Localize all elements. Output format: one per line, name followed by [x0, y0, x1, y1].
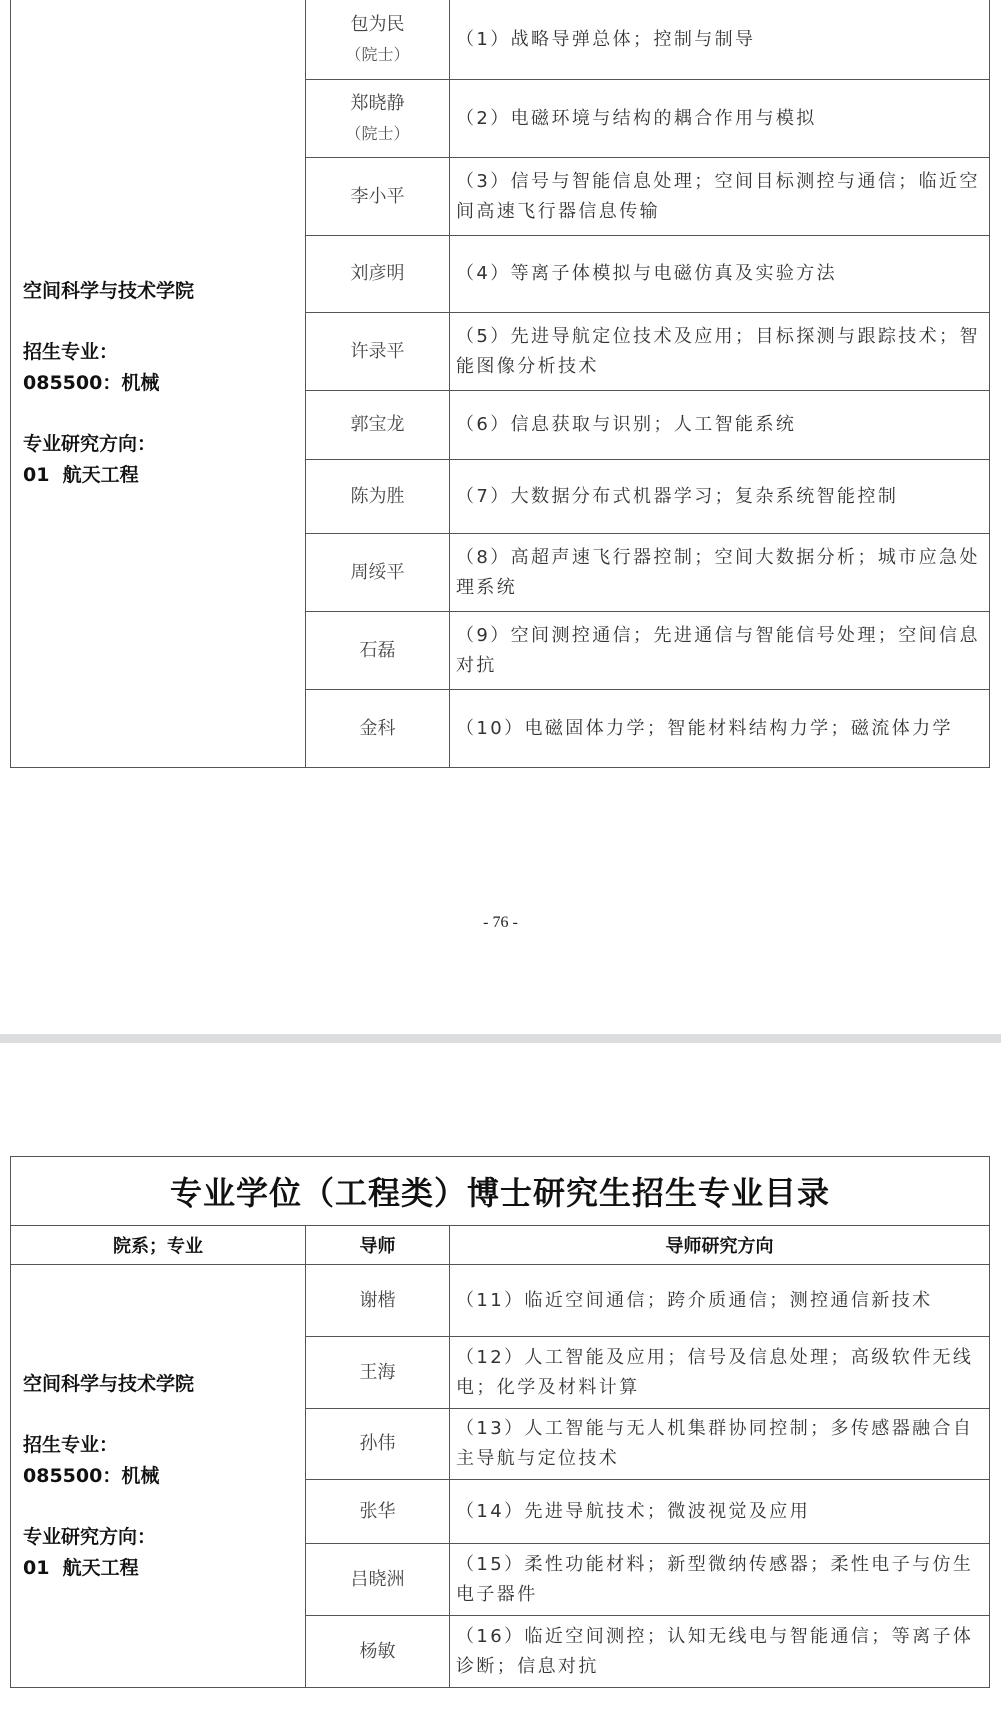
research-direction-cell: （14）先进导航技术；微波视觉及应用	[450, 1480, 990, 1544]
research-direction-cell: （8）高超声速飞行器控制；空间大数据分析；城市应急处理系统	[450, 534, 990, 612]
tutor-cell: 郑晓静 （院士）	[306, 80, 450, 158]
research-direction-cell: （13）人工智能与无人机集群协同控制；多传感器融合自主导航与定位技术	[450, 1409, 990, 1480]
tutor-title: （院士）	[306, 119, 449, 149]
table-row: 空间科学与技术学院 招生专业： 085500：机械 专业研究方向： 01 航天工…	[11, 0, 990, 80]
department-cell: 空间科学与技术学院 招生专业： 085500：机械 专业研究方向： 01 航天工…	[11, 0, 306, 768]
catalog-table-page-77: 专业学位（工程类）博士研究生招生专业目录 院系；专业 导师 导师研究方向 空间科…	[10, 1156, 990, 1688]
research-direction-cell: （12）人工智能及应用；信号及信息处理；高级软件无线电；化学及材料计算	[450, 1337, 990, 1409]
research-direction-cell: （16）临近空间测控；认知无线电与智能通信；等离子体诊断；信息对抗	[450, 1616, 990, 1688]
document-page-76: 空间科学与技术学院 招生专业： 085500：机械 专业研究方向： 01 航天工…	[0, 0, 1001, 1034]
tutor-cell: 许录平	[306, 313, 450, 391]
tutor-cell: 包为民 （院士）	[306, 0, 450, 80]
research-direction-value: 01 航天工程	[23, 460, 305, 491]
tutor-cell: 杨敏	[306, 1616, 450, 1688]
research-direction-cell: （3）信号与智能信息处理；空间目标测控与通信；临近空间高速飞行器信息传输	[450, 158, 990, 236]
research-direction-cell: （2）电磁环境与结构的耦合作用与模拟	[450, 80, 990, 158]
column-header-department: 院系；专业	[11, 1226, 306, 1265]
tutor-cell: 陈为胜	[306, 460, 450, 534]
major-label: 招生专业：	[23, 337, 305, 368]
tutor-cell: 吕晓洲	[306, 1544, 450, 1616]
tutor-cell: 周绥平	[306, 534, 450, 612]
column-header-direction: 导师研究方向	[450, 1226, 990, 1265]
page-number: - 76 -	[0, 914, 1001, 932]
department-name: 空间科学与技术学院	[23, 1369, 305, 1400]
document-page-77: 专业学位（工程类）博士研究生招生专业目录 院系；专业 导师 导师研究方向 空间科…	[0, 1043, 1001, 1732]
column-header-tutor: 导师	[306, 1226, 450, 1265]
tutor-cell: 张华	[306, 1480, 450, 1544]
research-direction-value: 01 航天工程	[23, 1553, 305, 1584]
research-direction-cell: （1）战略导弹总体；控制与制导	[450, 0, 990, 80]
department-cell: 空间科学与技术学院 招生专业： 085500：机械 专业研究方向： 01 航天工…	[11, 1265, 306, 1688]
major-value: 085500：机械	[23, 1461, 305, 1492]
department-name: 空间科学与技术学院	[23, 276, 305, 307]
research-direction-cell: （7）大数据分布式机器学习；复杂系统智能控制	[450, 460, 990, 534]
tutor-cell: 刘彦明	[306, 236, 450, 313]
research-direction-cell: （11）临近空间通信；跨介质通信；测控通信新技术	[450, 1265, 990, 1337]
research-direction-label: 专业研究方向：	[23, 429, 305, 460]
tutor-name: 包为民	[306, 10, 449, 40]
page-separator	[0, 1034, 1001, 1043]
research-direction-cell: （9）空间测控通信；先进通信与智能信号处理；空间信息对抗	[450, 612, 990, 690]
tutor-cell: 谢楷	[306, 1265, 450, 1337]
catalog-title: 专业学位（工程类）博士研究生招生专业目录	[11, 1157, 990, 1226]
tutor-cell: 郭宝龙	[306, 391, 450, 460]
research-direction-cell: （15）柔性功能材料；新型微纳传感器；柔性电子与仿生电子器件	[450, 1544, 990, 1616]
research-direction-cell: （4）等离子体模拟与电磁仿真及实验方法	[450, 236, 990, 313]
tutor-cell: 石磊	[306, 612, 450, 690]
tutor-name: 郑晓静	[306, 89, 449, 119]
research-direction-cell: （10）电磁固体力学；智能材料结构力学；磁流体力学	[450, 690, 990, 768]
research-direction-cell: （6）信息获取与识别；人工智能系统	[450, 391, 990, 460]
tutor-title: （院士）	[306, 40, 449, 70]
tutor-cell: 李小平	[306, 158, 450, 236]
tutor-cell: 金科	[306, 690, 450, 768]
table-row: 空间科学与技术学院 招生专业： 085500：机械 专业研究方向： 01 航天工…	[11, 1265, 990, 1337]
title-row: 专业学位（工程类）博士研究生招生专业目录	[11, 1157, 990, 1226]
research-direction-label: 专业研究方向：	[23, 1522, 305, 1553]
research-direction-cell: （5）先进导航定位技术及应用；目标探测与跟踪技术；智能图像分析技术	[450, 313, 990, 391]
tutor-cell: 孙伟	[306, 1409, 450, 1480]
major-label: 招生专业：	[23, 1430, 305, 1461]
major-value: 085500：机械	[23, 368, 305, 399]
header-row: 院系；专业 导师 导师研究方向	[11, 1226, 990, 1265]
catalog-table-page-76: 空间科学与技术学院 招生专业： 085500：机械 专业研究方向： 01 航天工…	[10, 0, 990, 768]
tutor-cell: 王海	[306, 1337, 450, 1409]
